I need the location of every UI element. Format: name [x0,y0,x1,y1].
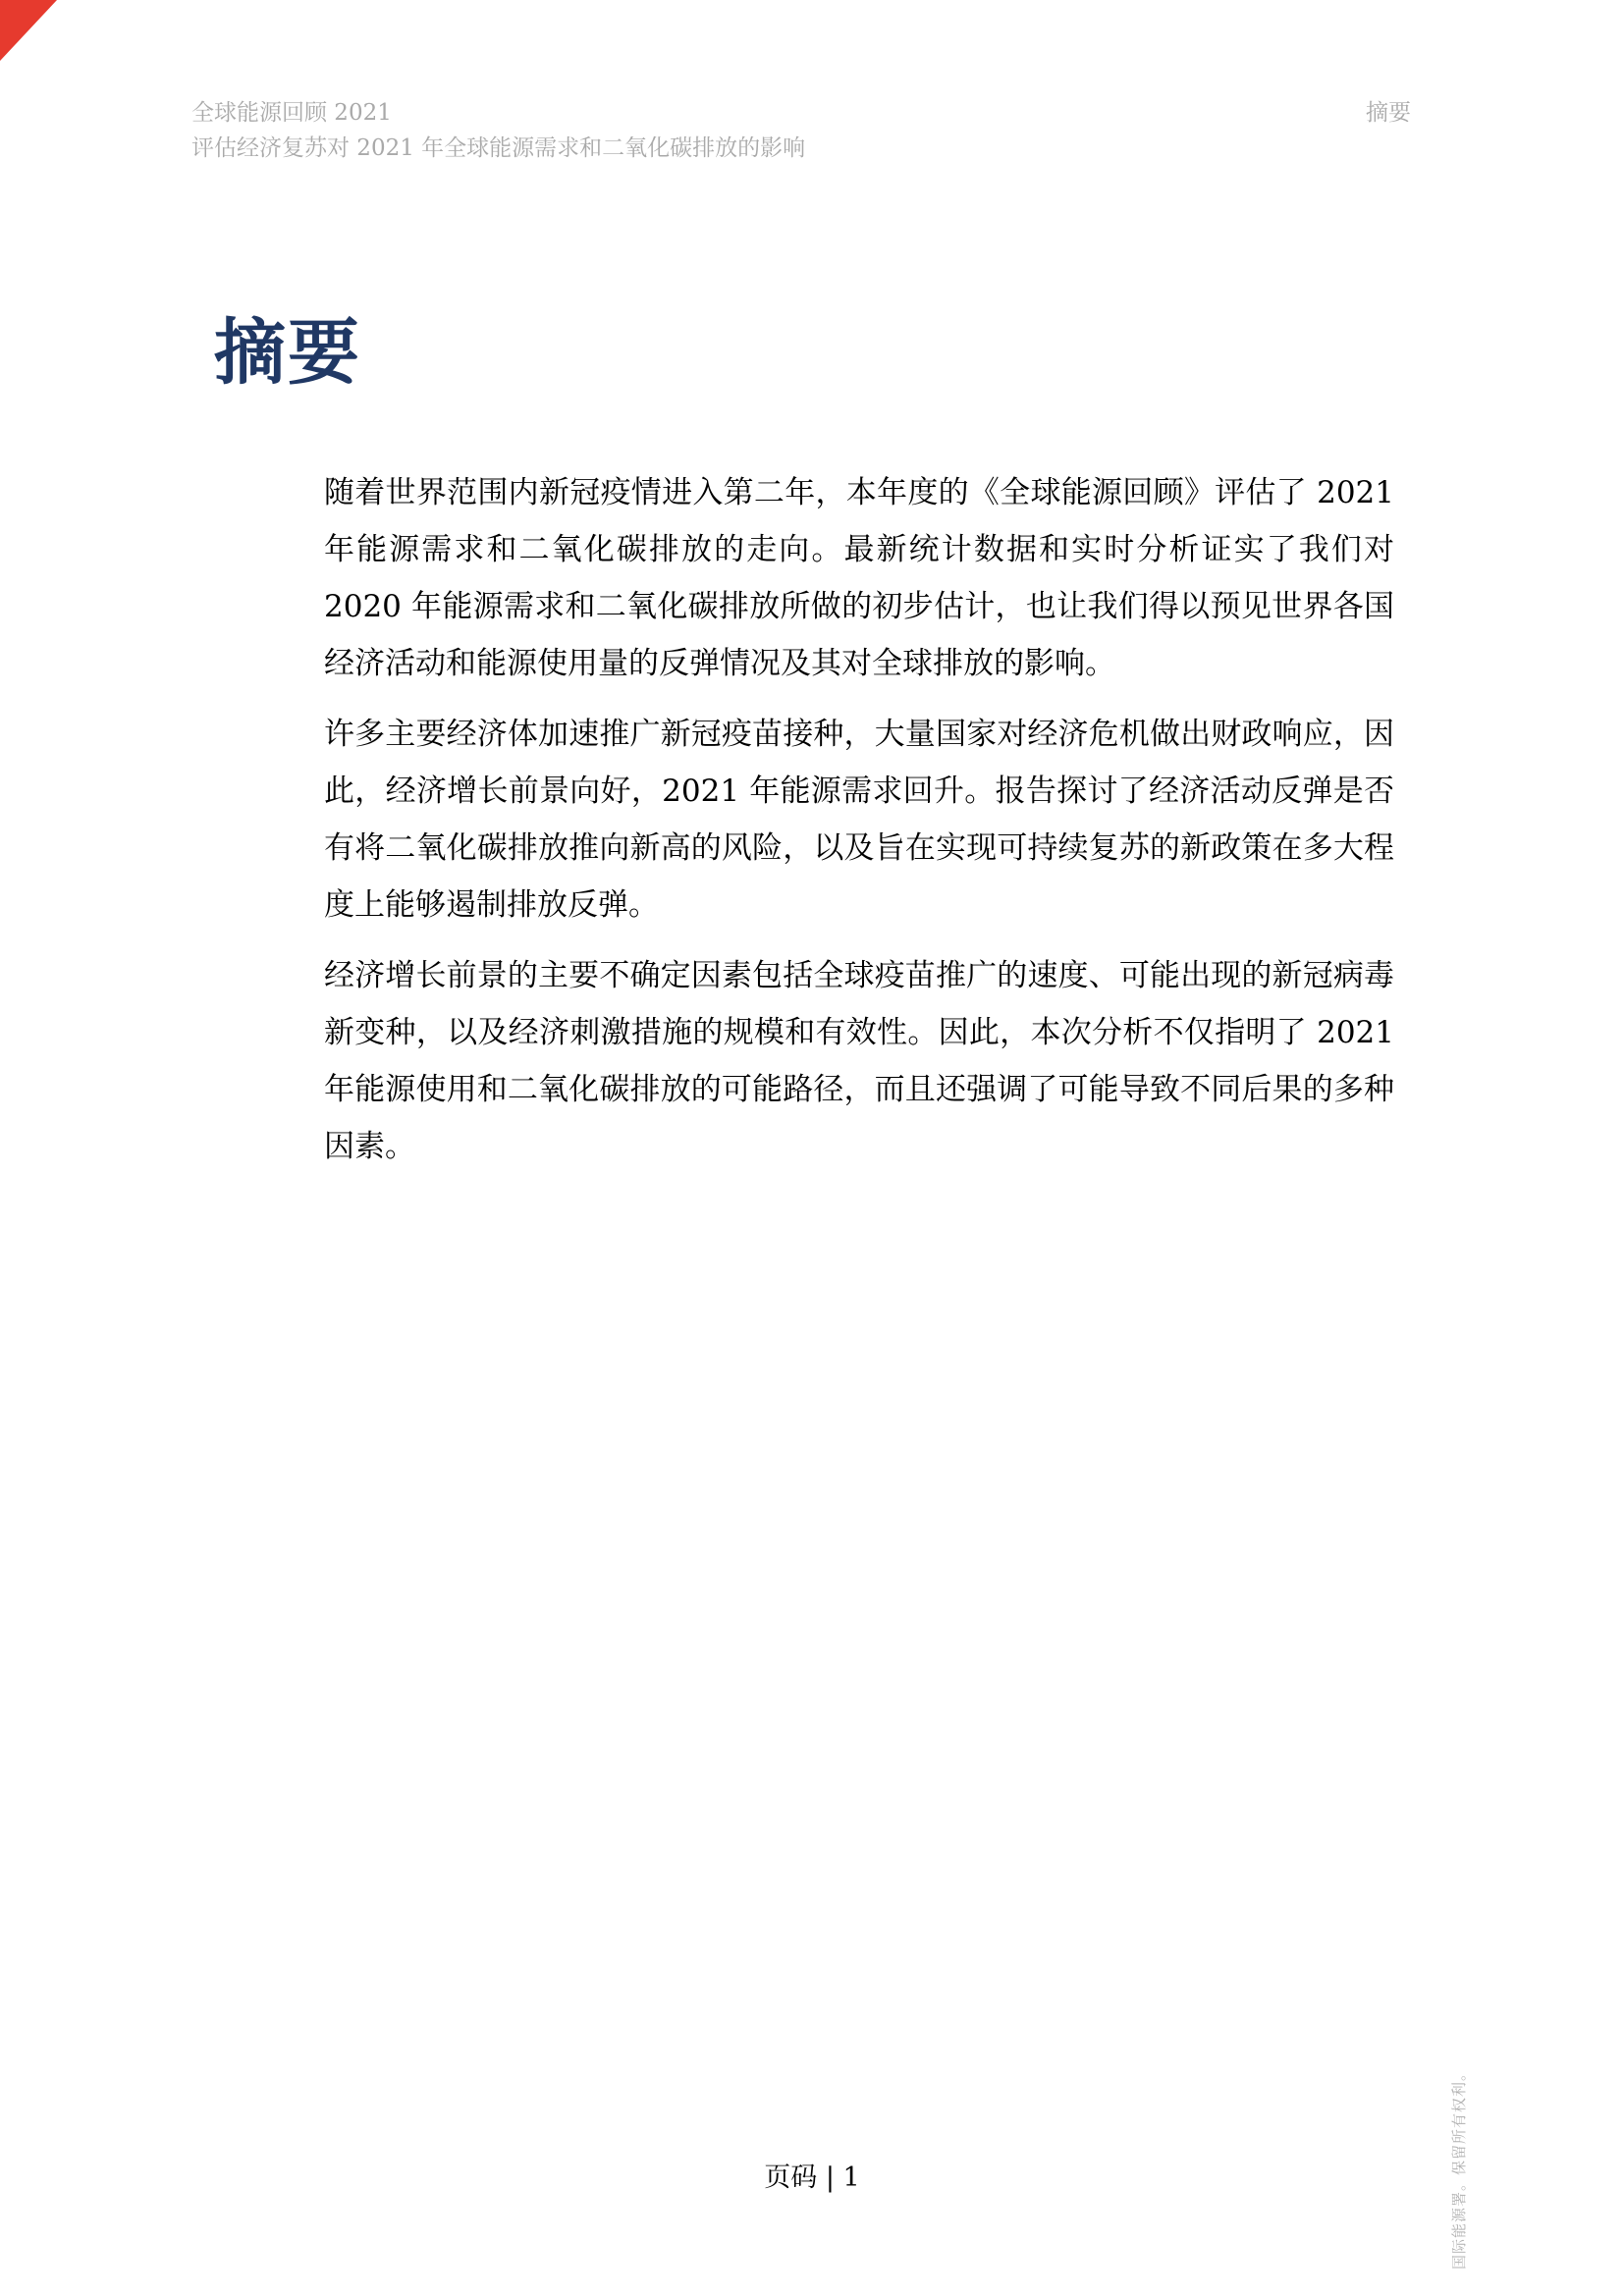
document-page: 全球能源回顾 2021 评估经济复苏对 2021 年全球能源需求和二氧化碳排放的… [0,0,1624,2296]
paragraph: 经济增长前景的主要不确定因素包括全球疫苗推广的速度、可能出现的新冠病毒新变种，以… [324,947,1394,1175]
running-header-left: 全球能源回顾 2021 评估经济复苏对 2021 年全球能源需求和二氧化碳排放的… [191,95,805,166]
page-title: 摘要 [214,315,361,391]
copyright-side-note: 国际能源署。保留所有权利。 [1450,2065,1468,2269]
report-subtitle-header: 评估经济复苏对 2021 年全球能源需求和二氧化碳排放的影响 [191,131,805,166]
running-header-right: 摘要 [1366,95,1411,131]
paragraph: 许多主要经济体加速推广新冠疫苗接种，大量国家对经济危机做出财政响应，因此，经济增… [324,706,1394,934]
paragraph: 随着世界范围内新冠疫情进入第二年，本年度的《全球能源回顾》评估了 2021 年能… [324,464,1394,692]
page-corner-marker [0,0,57,61]
page-number-footer: 页码 | 1 [0,2162,1624,2195]
summary-body: 随着世界范围内新冠疫情进入第二年，本年度的《全球能源回顾》评估了 2021 年能… [324,464,1394,1175]
report-title-header: 全球能源回顾 2021 [191,95,805,131]
